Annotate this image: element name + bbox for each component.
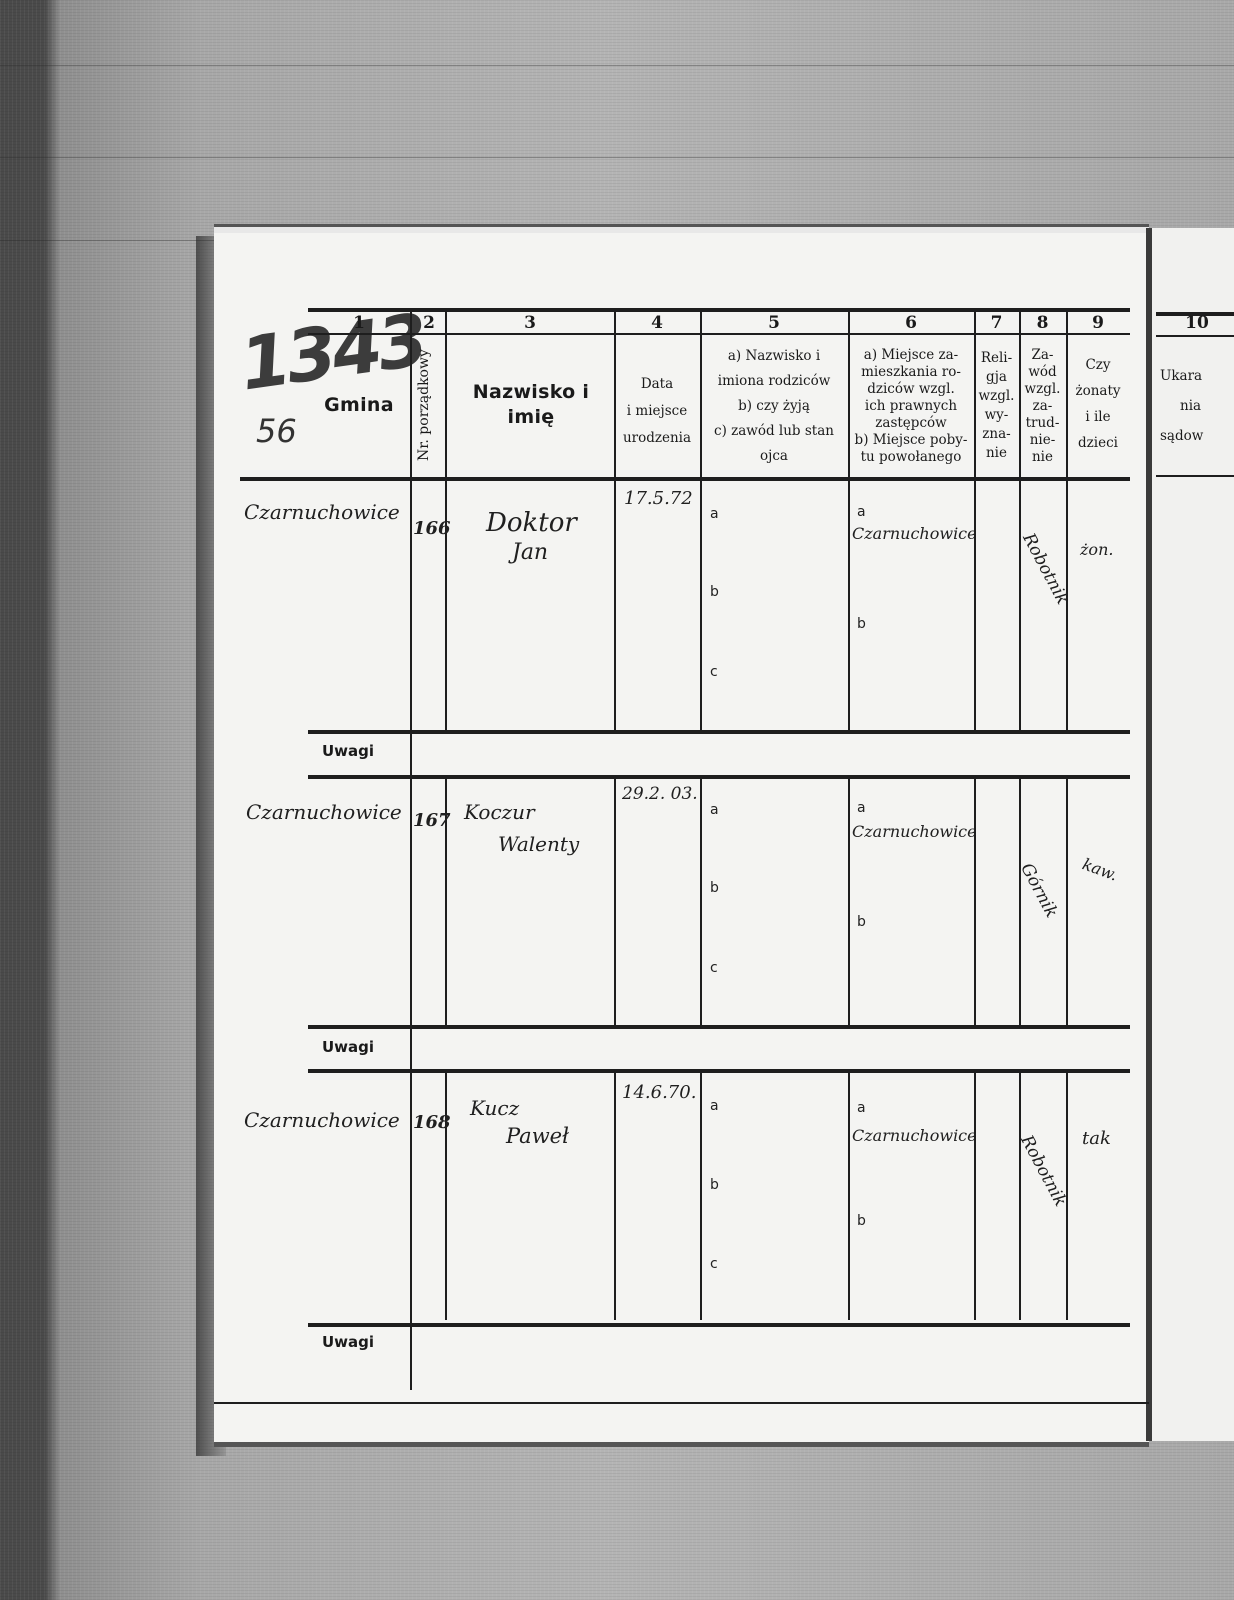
remarks-label: Uwagi — [322, 742, 374, 760]
col-header-birth: Data i miejsce urodzenia — [614, 366, 700, 456]
row-divider — [974, 480, 976, 730]
entry-given-name: Jan — [512, 540, 548, 565]
entry-parents-residence: Czarnuchowice — [852, 524, 977, 543]
header-top-rule — [308, 308, 1130, 312]
entry-birth-date: 29.2. 03. — [622, 784, 698, 804]
marker-b: b — [710, 1177, 719, 1193]
col-header-residence: a) Miejsce za- mieszkania ro- dziców wzg… — [848, 338, 974, 474]
col10-number-rule — [1156, 335, 1234, 337]
header-number-rule — [308, 333, 1130, 335]
row-divider — [848, 480, 850, 730]
col-number-5: 5 — [700, 313, 848, 333]
sub-number: 56 — [256, 412, 297, 450]
marker-a: a — [710, 506, 719, 522]
remarks-top-rule — [308, 730, 1130, 734]
entry-gmina: Czarnuchowice — [244, 1108, 400, 1132]
row-divider — [700, 778, 702, 1026]
col-header-parents: a) Nazwisko i imiona rodziców b) czy żyj… — [700, 338, 848, 474]
col-divider-8 — [1066, 312, 1068, 478]
col10-bottom-rule — [1156, 475, 1234, 477]
marker-c: c — [710, 960, 718, 976]
row-divider — [974, 1072, 976, 1320]
marker-a: a — [710, 1098, 719, 1114]
col-divider-5 — [848, 312, 850, 478]
col-number-2: 2 — [412, 313, 446, 333]
col-number-8: 8 — [1019, 313, 1066, 333]
col-divider-2 — [445, 312, 447, 478]
marker-b: b — [710, 584, 719, 600]
marker-a: a — [710, 802, 719, 818]
entry-surname: Koczur — [464, 800, 535, 824]
col-number-3: 3 — [446, 313, 614, 333]
marker-b: b — [857, 1213, 866, 1229]
entry-nr: 168 — [413, 1112, 451, 1133]
row-divider — [1019, 1072, 1021, 1320]
col-divider-6 — [974, 312, 976, 478]
col-number-1: 1 — [308, 313, 410, 333]
marker-c: c — [710, 664, 718, 680]
col-header-name: Nazwisko i imię — [448, 390, 614, 420]
col-header-married: Czy żonaty i ile dzieci — [1066, 346, 1130, 462]
row-divider — [614, 480, 616, 730]
col-number-4: 4 — [614, 313, 700, 333]
scan-artifact — [0, 65, 1234, 66]
col-number-10: 10 — [1160, 313, 1234, 333]
col-number-9: 9 — [1066, 313, 1130, 333]
col-divider-1 — [410, 312, 412, 1390]
remarks-top-rule — [308, 1025, 1130, 1029]
row-divider — [1019, 778, 1021, 1026]
entry-birth-date: 17.5.72 — [624, 488, 693, 509]
marker-b: b — [710, 880, 719, 896]
marker-a: a — [857, 504, 866, 520]
marker-a: a — [857, 800, 866, 816]
col-divider-3 — [614, 312, 616, 478]
entry-parents-residence: Czarnuchowice — [852, 822, 977, 841]
row-divider — [614, 1072, 616, 1320]
col-number-7: 7 — [974, 313, 1019, 333]
row-divider — [445, 1072, 447, 1320]
entry-nr: 167 — [413, 810, 451, 831]
remarks-top-rule — [308, 1323, 1130, 1327]
marker-b: b — [857, 914, 866, 930]
header-bottom-rule — [240, 477, 1130, 481]
row-divider — [1066, 778, 1068, 1026]
scan-artifact — [0, 157, 1234, 158]
remarks-bottom-rule — [308, 775, 1130, 779]
row-divider — [974, 778, 976, 1026]
entry-birth-date: 14.6.70. — [622, 1082, 696, 1103]
marker-b: b — [857, 616, 866, 632]
row-divider — [848, 1072, 850, 1320]
marker-c: c — [710, 1256, 718, 1272]
col-header-gmina: Gmina — [310, 390, 408, 420]
entry-given-name: Paweł — [506, 1124, 569, 1148]
entry-given-name: Walenty — [498, 832, 579, 856]
col-number-6: 6 — [848, 313, 974, 333]
remarks-label: Uwagi — [322, 1038, 374, 1056]
entry-gmina: Czarnuchowice — [244, 500, 400, 524]
col-divider-4 — [700, 312, 702, 478]
entry-married: tak — [1082, 1128, 1111, 1149]
entry-surname: Kucz — [470, 1096, 519, 1120]
row-divider — [700, 480, 702, 730]
col-header-religion: Reli- gja wzgl. wy- zna- nie — [974, 338, 1019, 474]
col-divider-7 — [1019, 312, 1021, 478]
row-divider — [614, 778, 616, 1026]
row-divider — [1066, 480, 1068, 730]
entry-parents-residence: Czarnuchowice — [852, 1126, 977, 1145]
col-header-nr: Nr. porządkowy — [416, 338, 442, 472]
entry-nr: 166 — [413, 518, 451, 539]
row-divider — [848, 778, 850, 1026]
col-header-convictions: Ukara nia sądow — [1160, 356, 1234, 456]
entry-married: żon. — [1080, 540, 1113, 559]
remarks-label: Uwagi — [322, 1333, 374, 1351]
row-divider — [700, 1072, 702, 1320]
page-bottom-rule — [214, 1402, 1149, 1404]
marker-a: a — [857, 1100, 866, 1116]
entry-surname: Doktor — [486, 508, 577, 538]
remarks-bottom-rule — [308, 1069, 1130, 1073]
col-header-occupation: Za- wód wzgl. za- trud- nie- nie — [1019, 338, 1066, 474]
entry-gmina: Czarnuchowice — [246, 800, 402, 824]
row-divider — [1019, 480, 1021, 730]
